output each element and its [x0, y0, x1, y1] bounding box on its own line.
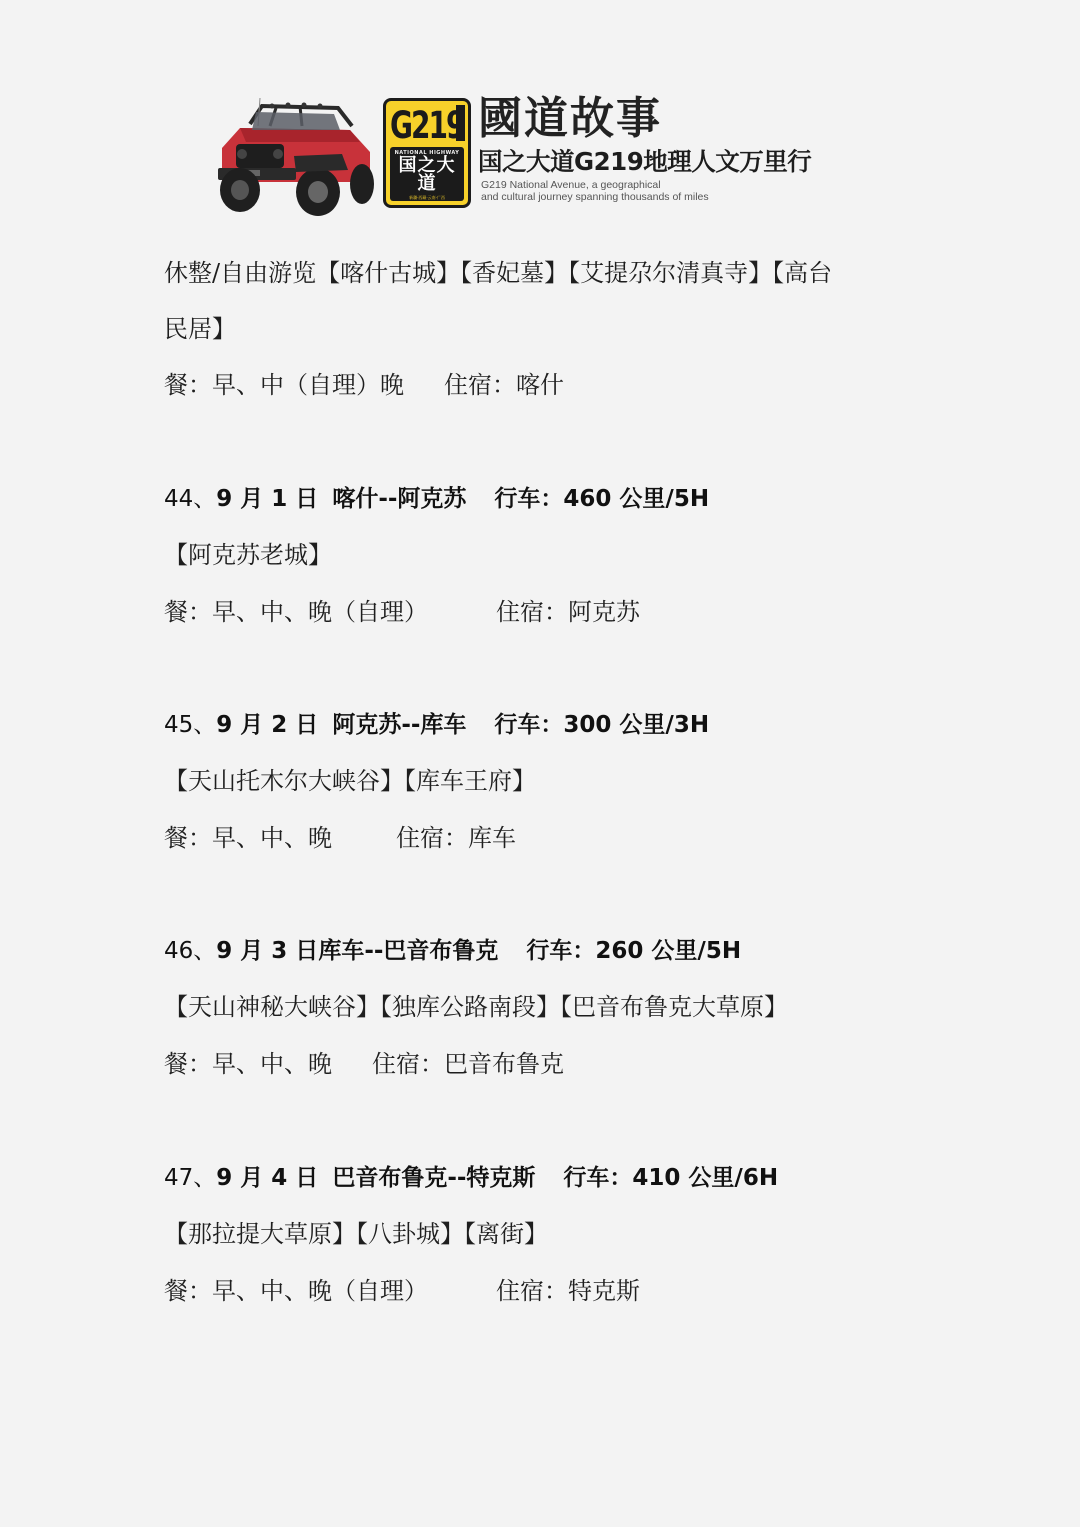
badge-side-stripe: [456, 105, 465, 141]
badge-name: 国之大道: [390, 157, 464, 193]
day-heading: 45、9 月 2 日阿克苏--库车行车：300 公里/3H: [164, 697, 709, 753]
day-drive: 行车：300 公里/3H: [494, 712, 709, 738]
day-drive: 行车：260 公里/5H: [526, 938, 741, 964]
banner-tagline-line2: and cultural journey spanning thousands …: [481, 191, 709, 203]
badge-dark-panel: NATIONAL HIGHWAY 国之大道 新疆·西藏·云南·广西: [390, 147, 464, 201]
day-drive: 行车：410 公里/6H: [563, 1165, 778, 1191]
day-meals-stay: 餐：早、中、晚（自理）住宿：阿克苏: [164, 584, 640, 640]
badge-route: 新疆·西藏·云南·广西: [390, 195, 464, 201]
banner-tagline-line1: G219 National Avenue, a geographical: [481, 179, 709, 191]
meals-text: 餐：早、中、晚: [164, 824, 332, 852]
day-date: 9 月 3 日: [216, 938, 318, 964]
meals-text: 餐：早、中、晚（自理）: [164, 598, 428, 626]
day-date: 9 月 1 日: [216, 486, 318, 512]
day-sights: 【天山神秘大峡谷】【独库公路南段】【巴音布鲁克大草原】: [164, 979, 788, 1035]
day-date: 9 月 2 日: [216, 712, 318, 738]
banner-subtitle: 国之大道G219地理人文万里行: [478, 147, 811, 177]
day-meals-stay: 餐：早、中、晚住宿：巴音布鲁克: [164, 1036, 564, 1092]
stay-text: 住宿：巴音布鲁克: [372, 1050, 564, 1078]
day-date: 9 月 4 日: [216, 1165, 318, 1191]
banner-tagline: G219 National Avenue, a geographical and…: [481, 179, 709, 203]
day-sights: 【阿克苏老城】: [164, 527, 332, 583]
banner-title: 國道故事: [478, 94, 662, 144]
intro-meals-stay: 餐：早、中（自理）晚住宿：喀什: [164, 357, 564, 413]
header-banner: G219 NATIONAL HIGHWAY 国之大道 新疆·西藏·云南·广西 國…: [210, 92, 870, 217]
stay-text: 住宿：特克斯: [496, 1277, 640, 1305]
meals-text: 餐：早、中、晚: [164, 1050, 332, 1078]
day-heading: 46、9 月 3 日库车--巴音布鲁克行车：260 公里/5H: [164, 923, 741, 979]
g219-badge-logo: G219 NATIONAL HIGHWAY 国之大道 新疆·西藏·云南·广西: [383, 98, 471, 208]
day-drive: 行车：460 公里/5H: [494, 486, 709, 512]
day-sights: 【那拉提大草原】【八卦城】【离街】: [164, 1206, 548, 1262]
jeep-image: [210, 96, 378, 216]
intro-sights-line2: 民居】: [164, 301, 236, 357]
day-route: 库车--巴音布鲁克: [318, 938, 498, 964]
day-heading: 47、9 月 4 日巴音布鲁克--特克斯行车：410 公里/6H: [164, 1150, 778, 1206]
meals-text: 餐：早、中、晚（自理）: [164, 1277, 428, 1305]
day-sights: 【天山托木尔大峡谷】【库车王府】: [164, 753, 536, 809]
day-route: 巴音布鲁克--特克斯: [332, 1165, 535, 1191]
stay-text: 住宿：库车: [396, 824, 516, 852]
day-meals-stay: 餐：早、中、晚（自理）住宿：特克斯: [164, 1263, 640, 1319]
meals-text: 餐：早、中（自理）晚: [164, 371, 404, 399]
stay-text: 住宿：喀什: [444, 371, 564, 399]
stay-text: 住宿：阿克苏: [496, 598, 640, 626]
day-route: 喀什--阿克苏: [332, 486, 466, 512]
badge-code: G219: [390, 103, 463, 148]
intro-sights-line1: 休整/自由游览【喀什古城】【香妃墓】【艾提尕尔清真寺】【高台: [164, 245, 832, 301]
day-route: 阿克苏--库车: [332, 712, 466, 738]
day-heading: 44、9 月 1 日喀什--阿克苏行车：460 公里/5H: [164, 471, 709, 527]
day-meals-stay: 餐：早、中、晚住宿：库车: [164, 810, 516, 866]
